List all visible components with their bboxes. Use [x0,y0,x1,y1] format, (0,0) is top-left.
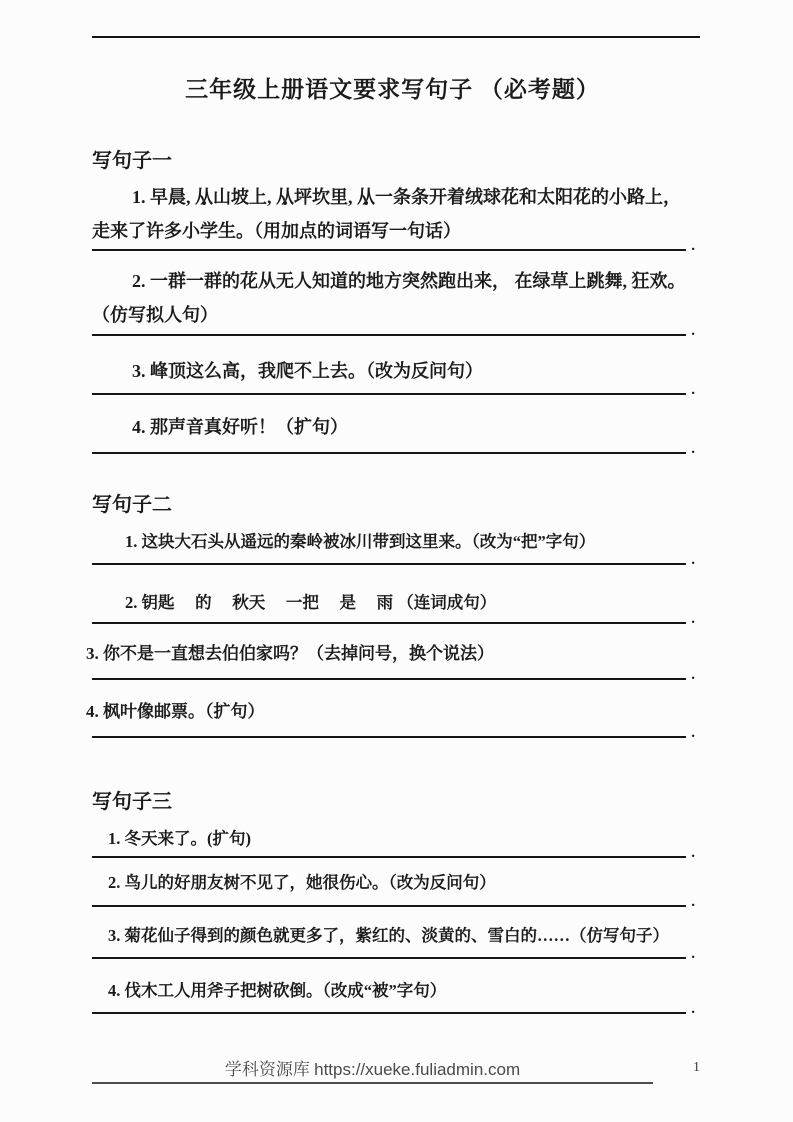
question-block: 3. 菊花仙子得到的颜色就更多了，紫红的、淡黄的、雪白的……（仿写句子）. [92,919,693,959]
footer-watermark: 学科资源库 https://xueke.fuliadmin.com [92,1056,653,1084]
question-block: 2. 一群一群的花从无人知道的地方突然跑出来， 在绿草上跳舞, 狂欢。 （仿写拟… [92,264,693,336]
question-block: 1. 冬天来了。(扩句). [92,822,693,858]
question-text: 4. 伐木工人用斧子把树砍倒。（改成“被”字句） [92,974,693,1008]
section-3: 写句子三1. 冬天来了。(扩句).2. 鸟儿的好朋友树不见了，她很伤心。（改为反… [92,788,693,1014]
question-block: 3. 你不是一直想去伯伯家吗？（去掉问号，换个说法）. [92,639,693,680]
question-block: 3. 峰顶这么高，我爬不上去。（改为反问句）. [92,354,693,395]
answer-period: . [691,386,695,394]
page-title: 三年级上册语文要求写句子 （必考题） [92,72,693,108]
question-text: 3. 峰顶这么高，我爬不上去。（改为反问句） [92,354,693,388]
answer-blank-line: . [92,621,686,624]
answer-period: . [691,327,695,335]
answer-blank-line: . [92,733,686,738]
answer-blank-line: . [92,448,686,454]
question-text: 1. 这块大石头从遥远的秦岭被冰川带到这里来。（改为“把”字句） [92,525,693,559]
question-block: 1. 这块大石头从遥远的秦岭被冰川带到这里来。（改为“把”字句）. [92,525,693,565]
section-heading: 写句子三 [92,788,693,816]
question-block: 1. 早晨, 从山坡上, 从坪坎里, 从一条条开着绒球花和太阳花的小路上， 走来… [92,180,693,251]
text-segment: 1. 早晨, [132,187,195,207]
answer-blank-line: . [92,902,686,907]
answer-period: . [691,729,695,737]
section-2: 写句子二1. 这块大石头从遥远的秦岭被冰川带到这里来。（改为“把”字句）.2. … [92,491,693,738]
header-rule [92,36,700,38]
answer-rule [92,678,686,680]
answer-rule [92,249,686,251]
emphasized-char: 从 [195,187,213,207]
answer-period: . [691,898,695,906]
answer-blank-line: . [92,674,686,680]
answer-period: . [691,671,695,679]
section-heading: 写句子一 [92,147,693,175]
answer-rule [92,563,686,565]
question-block: 2. 鸟儿的好朋友树不见了，她很伤心。（改为反问句）. [92,866,693,907]
question-text: 3. 菊花仙子得到的颜色就更多了，紫红的、淡黄的、雪白的……（仿写句子） [92,919,693,953]
answer-rule [92,1012,686,1014]
question-text: 2. 鸟儿的好朋友树不见了，她很伤心。（改为反问句） [92,866,693,900]
question-text: 3. 你不是一直想去伯伯家吗？（去掉问号，换个说法） [86,639,693,669]
answer-period: . [691,445,695,453]
question-text: 4. 枫叶像邮票。（扩句） [86,697,693,727]
answer-period: . [691,615,695,623]
answer-period: . [691,950,695,958]
question-text: 2. 钥匙 的 秋天 一把 是 雨 （连词成句） [92,586,693,620]
text-segment: 山坡上, [213,187,276,207]
footer-site-name: 学科资源库 [225,1060,310,1079]
question-text: 1. 早晨, 从山坡上, 从坪坎里, 从一条条开着绒球花和太阳花的小路上， 走来… [92,180,693,248]
question-block: 2. 钥匙 的 秋天 一把 是 雨 （连词成句）. [92,586,693,624]
question-block: 4. 伐木工人用斧子把树砍倒。（改成“被”字句）. [92,974,693,1014]
emphasized-char: 从 [357,187,375,207]
answer-period: . [691,849,695,857]
answer-rule [92,622,686,624]
text-segment: 坪坎里, [294,187,357,207]
answer-blank-line: . [92,560,686,565]
answer-rule [92,736,686,738]
sections-container: 写句子一1. 早晨, 从山坡上, 从坪坎里, 从一条条开着绒球花和太阳花的小路上… [92,147,693,1014]
answer-blank-line: . [92,1010,686,1014]
section-heading: 写句子二 [92,491,693,519]
section-1: 写句子一1. 早晨, 从山坡上, 从坪坎里, 从一条条开着绒球花和太阳花的小路上… [92,147,693,454]
answer-period: . [691,556,695,564]
answer-period: . [691,242,695,250]
question-text: 2. 一群一群的花从无人知道的地方突然跑出来， 在绿草上跳舞, 狂欢。 （仿写拟… [92,264,693,332]
answer-rule [92,957,686,959]
answer-blank-line: . [92,248,686,251]
answer-rule [92,856,686,858]
answer-rule [92,452,686,454]
answer-blank-line: . [92,334,686,336]
question-text: 1. 冬天来了。(扩句) [92,822,693,856]
answer-blank-line: . [92,856,686,858]
page-number: 1 [693,1060,700,1076]
answer-rule [92,393,686,395]
answer-blank-line: . [92,955,686,959]
question-text: 4. 那声音真好听！（扩句） [92,410,693,444]
emphasized-char: 从 [276,187,294,207]
footer-url: https://xueke.fuliadmin.com [314,1060,520,1079]
answer-rule [92,905,686,907]
worksheet-page: 三年级上册语文要求写句子 （必考题） 写句子一1. 早晨, 从山坡上, 从坪坎里… [0,0,793,1122]
answer-blank-line: . [92,391,686,395]
question-block: 4. 枫叶像邮票。（扩句）. [92,697,693,738]
answer-period: . [691,1005,695,1013]
question-block: 4. 那声音真好听！（扩句）. [92,410,693,454]
answer-rule [92,334,686,336]
